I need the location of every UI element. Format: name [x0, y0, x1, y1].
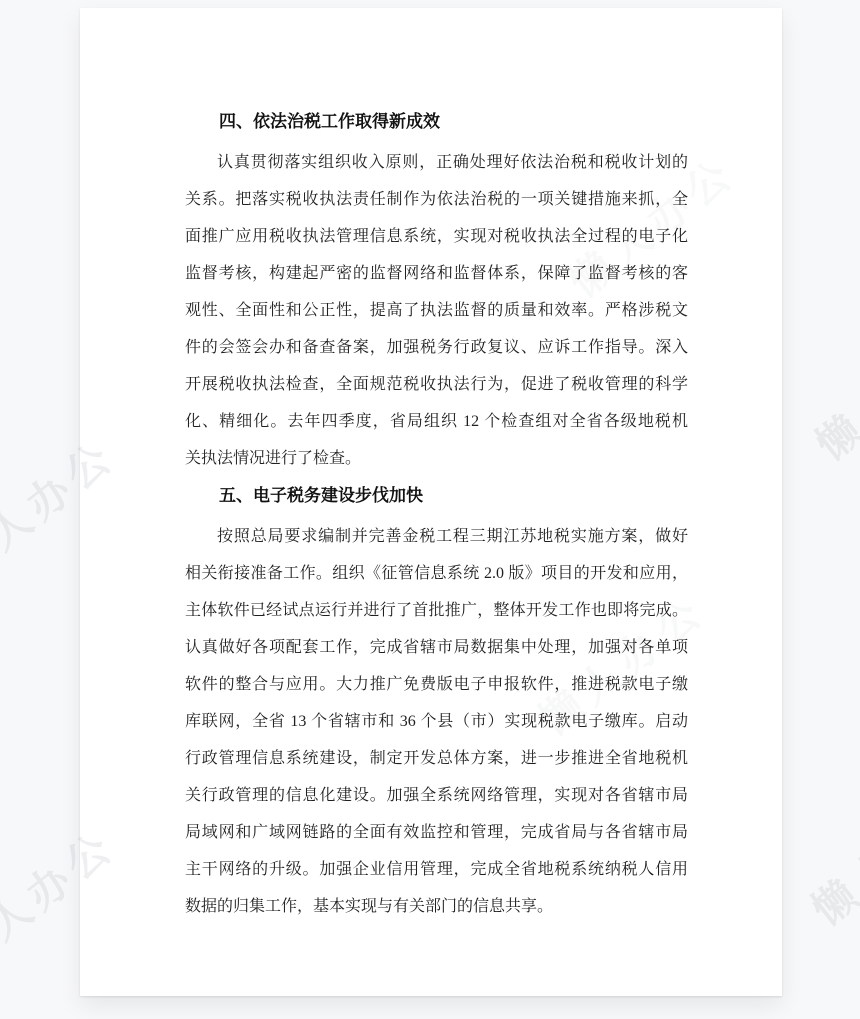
document-body: 四、依法治税工作取得新成效 认真贯彻落实组织收入原则，正确处理好依法治税和税收计…: [185, 103, 688, 925]
document-line: 库联网，全省 13 个省辖市和 36 个县（市）实现税款电子缴库。启动: [185, 703, 688, 740]
document-line: 主体软件已经试点运行并进行了首批推广，整体开发工作也即将完成。: [185, 592, 688, 629]
document-line: 软件的整合与应用。大力推广免费版电子申报软件，推进税款电子缴: [185, 666, 688, 703]
document-line: 数据的归集工作，基本实现与有关部门的信息共享。: [185, 888, 688, 925]
document-line: 按照总局要求编制并完善金税工程三期江苏地税实施方案，做好: [185, 518, 688, 555]
document-line: 化、精细化。去年四季度，省局组织 12 个检查组对全省各级地税机: [185, 403, 688, 440]
document-line: 行政管理信息系统建设，制定开发总体方案，进一步推进全省地税机: [185, 740, 688, 777]
document-line: 监督考核，构建起严密的监督网络和监督体系，保障了监督考核的客: [185, 255, 688, 292]
document-line: 局域网和广域网链路的全面有效监控和管理，完成省局与各省辖市局: [185, 814, 688, 851]
document-line: 相关衔接准备工作。组织《征管信息系统 2.0 版》项目的开发和应用，: [185, 555, 688, 592]
document-line: 认真贯彻落实组织收入原则，正确处理好依法治税和税收计划的: [185, 144, 688, 181]
document-line: 主干网络的升级。加强企业信用管理，完成全省地税系统纳税人信用: [185, 851, 688, 888]
section-heading: 五、电子税务建设步伐加快: [185, 477, 688, 514]
document-line: 观性、全面性和公正性，提高了执法监督的质量和效率。严格涉税文: [185, 292, 688, 329]
section-heading: 四、依法治税工作取得新成效: [185, 103, 688, 140]
document-canvas: 懒人办公 懒人办公 懒人办公 懒人办公 懒人办公 懒人办公 四、依法治税工作取得…: [0, 0, 860, 1019]
watermark-text: 懒人办公: [798, 769, 860, 937]
document-line: 件的会签会办和备查备案，加强税务行政复议、应诉工作指导。深入: [185, 329, 688, 366]
document-line: 开展税收执法检查，全面规范税收执法行为，促进了税收管理的科学: [185, 366, 688, 403]
document-line: 认真做好各项配套工作，完成省辖市局数据集中处理，加强对各单项: [185, 629, 688, 666]
watermark-text: 懒人办公: [802, 304, 860, 472]
document-line: 关系。把落实税收执法责任制作为依法治税的一项关键措施来抓，全: [185, 181, 688, 218]
document-line: 关执法情况进行了检查。: [185, 440, 688, 477]
document-line: 面推广应用税收执法管理信息系统，实现对税收执法全过程的电子化: [185, 218, 688, 255]
document-line: 关行政管理的信息化建设。加强全系统网络管理，实现对各省辖市局: [185, 777, 688, 814]
